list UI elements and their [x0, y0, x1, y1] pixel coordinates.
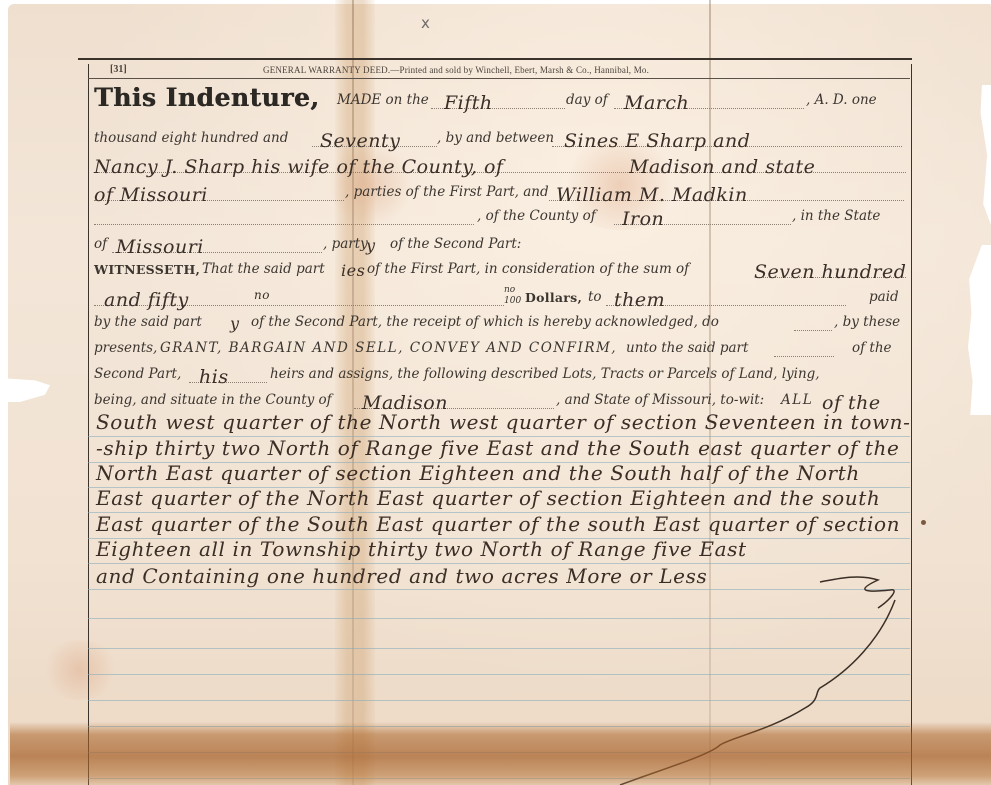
by-and-between-label: , by and between [437, 130, 554, 146]
heirs-text: heirs and assigns, the following describ… [270, 366, 820, 382]
county-of-label: , of the County of [477, 208, 596, 224]
of-the-label: of the [852, 340, 892, 356]
second-part-label-2: Second Part, [94, 366, 181, 382]
all-label: ALL [781, 392, 813, 408]
day-value: Fifth [444, 92, 493, 114]
margin-x-mark: x [421, 14, 430, 32]
deed-line-2: thousand eight hundred and Seventy , by … [94, 126, 906, 150]
deed-line-3: Nancy J. Sharp his wife of the County, o… [94, 152, 906, 176]
deed-line-1: This Indenture, MADE on the Fifth day of… [94, 88, 906, 112]
deed-line-8: and fifty no no 100 Dollars, to them pai… [94, 285, 906, 309]
grantee-state: Missouri [116, 236, 204, 258]
deed-line-9: by the said part y of the Second Part, t… [94, 310, 906, 334]
deed-line-5: , of the County of Iron , in the State [94, 204, 906, 228]
cents-note: no [254, 288, 270, 302]
deed-line-4: of Missouri , parties of the First Part,… [94, 180, 906, 204]
sum-value: Seven hundred [754, 261, 906, 283]
second-part-label: of the Second Part: [390, 236, 521, 252]
thousand-label: thousand eight hundred and [94, 130, 288, 146]
deed-line-7: WITNESSETH, That the said part ies of th… [94, 257, 906, 281]
header-rule [88, 78, 910, 79]
form-title: GENERAL WARRANTY DEED.—Printed and sold … [263, 65, 649, 75]
grantor-county: Madison and state [629, 156, 815, 178]
dollars-label: Dollars, [525, 290, 582, 305]
deed-heading: This Indenture, [94, 83, 320, 112]
witnesseth-label: WITNESSETH, [94, 262, 200, 277]
paid-to-value: them [614, 289, 665, 311]
cents-denominator: 100 [504, 296, 521, 306]
party-suffix: y [366, 236, 376, 255]
form-number: [31] [110, 64, 127, 75]
receipt-text: of the Second Part, the receipt of which… [251, 314, 719, 330]
presents-label: presents, [94, 340, 157, 356]
consideration-text: of the First Part, in consideration of t… [367, 261, 689, 277]
by-said-party-text: by the said part [94, 314, 202, 330]
witnesseth-text: That the said part [202, 261, 325, 277]
party-suffix-2: y [230, 314, 240, 333]
grantee-name: William M. Madkin [556, 184, 748, 206]
being-text: being, and situate in the County of [94, 392, 332, 408]
to-label: to [588, 289, 602, 305]
heirs-value: his [199, 366, 229, 388]
grantor-state: of Missouri [94, 184, 208, 206]
parties-suffix: ies [341, 261, 365, 280]
deed-line-6: of Missouri , party y of the Second Part… [94, 232, 906, 256]
year-value: Seventy [320, 130, 400, 152]
form-header: [31] GENERAL WARRANTY DEED.—Printed and … [88, 62, 910, 78]
sum-value-cont: and fifty [104, 289, 189, 311]
unto-text: unto the said part [626, 340, 748, 356]
ink-spot [921, 520, 926, 525]
of-label: of [94, 236, 107, 252]
made-on-label: MADE on the [337, 92, 429, 108]
cents-value: no [504, 285, 515, 295]
ad-label: , A. D. one [806, 92, 877, 108]
first-part-label: , parties of the First Part, and [345, 184, 549, 200]
grantor-names-cont: Nancy J. Sharp his wife of the County, o… [94, 156, 503, 178]
month-value: March [624, 92, 689, 114]
deed-line-10: presents, GRANT, BARGAIN AND SELL, CONVE… [94, 336, 906, 360]
in-the-state-label: , in the State [792, 208, 880, 224]
deed-line-11: Second Part, his heirs and assigns, the … [94, 362, 906, 386]
grantor-names: Sines E Sharp and [564, 130, 750, 152]
party-label: , party [323, 236, 368, 252]
by-these-label: , by these [834, 314, 900, 330]
frame-top-border [78, 58, 912, 60]
grantee-county: Iron [622, 208, 664, 230]
water-stain-band [10, 722, 991, 785]
day-of-label: day of [566, 92, 608, 108]
deed-line-12: being, and situate in the County of Madi… [94, 388, 906, 412]
grant-clause: GRANT, BARGAIN AND SELL, CONVEY AND CONF… [160, 340, 617, 356]
paid-label: paid [869, 289, 899, 305]
state-missouri-text: , and State of Missouri, to-wit: [556, 392, 764, 408]
